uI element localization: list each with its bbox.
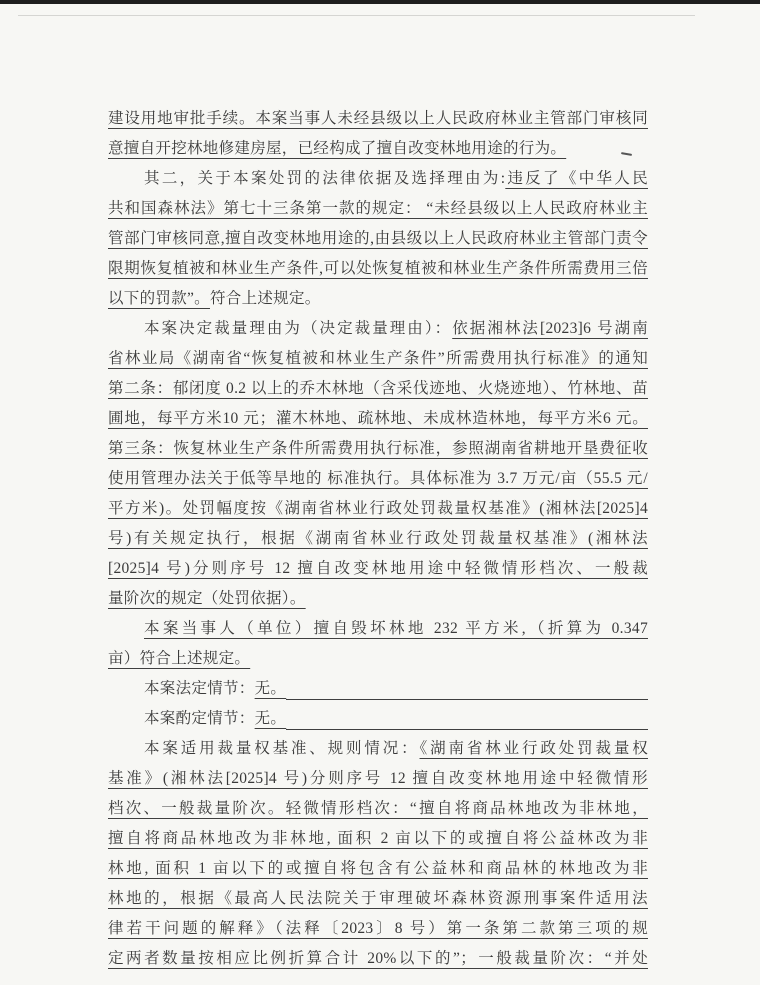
text-segment: 号)有关规定执行，根据《湖南省林业行政处罚裁量权基准》(湘林法 [108,530,648,547]
text-segment: 意擅自开挖林地修建房屋，已经构成了擅自改变林地用途的行为。 [108,140,566,157]
text-segment: 管部门审核同意,擅自改变林地用途的,由县级以上人民政府林业主管部门责令 [108,230,648,247]
text-line: 本案适用裁量权基准、规则情况：《湖南省林业行政处罚裁量权 [108,734,648,764]
scan-edge-bar [0,0,760,4]
blank-underline [286,704,648,730]
text-segment: 本案适用裁量权基准、规则情况： [144,740,420,757]
text-line: 管部门审核同意,擅自改变林地用途的,由县级以上人民政府林业主管部门责令 [108,224,648,254]
text-line: [2025]4 号)分则序号 12 擅自改变林地用途中轻微情形档次、一般裁 [108,554,648,584]
text-line: 林地, 面积 1 亩以下的或擅自将包含有公益林和商品林的林地改为非 [108,854,648,884]
text-segment: [2025]4 号)分则序号 12 擅自改变林地用途中轻微情形档次、一般裁 [108,560,648,577]
text-line: 本案决定裁量理由为（决定裁量理由）：依据湘林法[2023]6 号湖南 [108,314,648,344]
text-segment: 基准》(湘林法[2025]4 号)分则序号 12 擅自改变林地用途中轻微情形 [108,770,648,787]
text-segment: 亩）符合上述规定。 [108,650,250,667]
text-segment: 限期恢复植被和林业生产条件,可以处恢复植被和林业生产条件所需费用三倍 [108,260,648,277]
text-line: 共和国森林法》第七十三条第一款的规定： “未经县级以上人民政府林业主 [108,194,648,224]
text-segment: 《湖南省林业行政处罚裁量权 [420,740,648,757]
text-segment: 定两者数量按相应比例折算合计 20%以下的”；一般裁量阶次：“并处 [108,950,648,967]
blank-underline [286,674,648,700]
scan-edge-line [18,15,695,16]
text-line: 第二条：郁闭度 0.2 以上的乔木林地（含采伐迹地、火烧迹地）、竹林地、苗 [108,374,648,404]
text-line: 量阶次的规定（处罚依据）。 [108,584,648,614]
text-segment: 违反了《中华人民 [505,170,648,187]
text-line: 档次、一般裁量阶次。轻微情形档次：“擅自将商品林地改为非林地， [108,794,648,824]
text-line: 定两者数量按相应比例折算合计 20%以下的”；一般裁量阶次：“并处 [108,944,648,974]
text-line: 本案当事人（单位）擅自毁坏林地 232 平方米,（折算为 0.347 [108,614,648,644]
text-segment: 林地的，根据《最高人民法院关于审理破坏森林资源刑事案件适用法 [108,890,648,907]
text-segment: 平方米)。处罚幅度按《湖南省林业行政处罚裁量权基准》(湘林法[2025]4 [108,500,648,517]
text-line: 建设用地审批手续。本案当事人未经县级以上人民政府林业主管部门审核同 [108,104,648,134]
text-segment: 第三条：恢复林业生产条件所需费用执行标准，参照湖南省耕地开垦费征收 [108,440,648,457]
text-line: 林地的，根据《最高人民法院关于审理破坏森林资源刑事案件适用法 [108,884,648,914]
text-line: 亩）符合上述规定。 [108,644,648,674]
text-segment: 依据湘林法[2023]6 号湖南 [452,320,648,337]
text-line: 平方米)。处罚幅度按《湖南省林业行政处罚裁量权基准》(湘林法[2025]4 [108,494,648,524]
text-segment: 量阶次的规定（处罚依据）。 [108,590,306,607]
document-body: 建设用地审批手续。本案当事人未经县级以上人民政府林业主管部门审核同意擅自开挖林地… [108,104,648,974]
text-segment: 无。 [255,674,287,704]
text-segment: 共和国森林法》第七十三条第一款的规定： “未经县级以上人民政府林业主 [108,200,648,217]
text-segment: 无。 [255,704,287,734]
text-line: 使用管理办法关于低等旱地的 标准执行。具体标准为 3.7 万元/亩（55.5 元… [108,464,648,494]
text-segment: 本案酌定情节： [144,704,255,734]
text-segment: 本案当事人（单位）擅自毁坏林地 232 平方米,（折算为 0.347 [144,620,648,637]
text-line: 省林业局《湖南省“恢复植被和林业生产条件”所需费用执行标准》的通知 [108,344,648,374]
text-segment: 使用管理办法关于低等旱地的 标准执行。具体标准为 3.7 万元/亩（55.5 元… [108,470,648,487]
text-line: 擅自将商品林地改为非林地, 面积 2 亩以下的或擅自将公益林改为非 [108,824,648,854]
text-segment: 圃地，每平方米10 元；灌木林地、疏林地、未成林造林地，每平方米6 元。 [108,410,648,427]
text-segment: 林地, 面积 1 亩以下的或擅自将包含有公益林和商品林的林地改为非 [108,860,648,877]
text-segment: 本案决定裁量理由为（决定裁量理由）： [144,320,452,337]
text-line: 意擅自开挖林地修建房屋，已经构成了擅自改变林地用途的行为。 [108,134,648,164]
text-line: 本案法定情节：无。 [108,674,648,704]
text-segment: 律若干问题的解释》（法释〔2023〕8 号）第一条第二款第三项的规 [108,920,648,937]
text-segment: 符合上述规定。 [210,290,321,307]
text-line: 其二，关于本案处罚的法律依据及选择理由为:违反了《中华人民 [108,164,648,194]
text-line: 第三条：恢复林业生产条件所需费用执行标准，参照湖南省耕地开垦费征收 [108,434,648,464]
text-line: 圃地，每平方米10 元；灌木林地、疏林地、未成林造林地，每平方米6 元。 [108,404,648,434]
text-segment: 以下的罚款”。 [108,290,210,307]
text-line: 以下的罚款”。符合上述规定。 [108,284,648,314]
text-line: 限期恢复植被和林业生产条件,可以处恢复植被和林业生产条件所需费用三倍 [108,254,648,284]
text-segment: 第二条：郁闭度 0.2 以上的乔木林地（含采伐迹地、火烧迹地）、竹林地、苗 [108,380,648,397]
text-line: 号)有关规定执行，根据《湖南省林业行政处罚裁量权基准》(湘林法 [108,524,648,554]
text-segment: 其二，关于本案处罚的法律依据及选择理由为: [144,170,505,187]
text-segment: 建设用地审批手续。本案当事人未经县级以上人民政府林业主管部门审核同 [108,110,648,127]
text-segment: 档次、一般裁量阶次。轻微情形档次：“擅自将商品林地改为非林地， [108,800,648,817]
text-segment: 省林业局《湖南省“恢复植被和林业生产条件”所需费用执行标准》的通知 [108,350,648,367]
text-segment: 擅自将商品林地改为非林地, 面积 2 亩以下的或擅自将公益林改为非 [108,830,648,847]
text-line: 基准》(湘林法[2025]4 号)分则序号 12 擅自改变林地用途中轻微情形 [108,764,648,794]
text-line: 本案酌定情节：无。 [108,704,648,734]
text-segment: 本案法定情节： [144,674,255,704]
text-line: 律若干问题的解释》（法释〔2023〕8 号）第一条第二款第三项的规 [108,914,648,944]
